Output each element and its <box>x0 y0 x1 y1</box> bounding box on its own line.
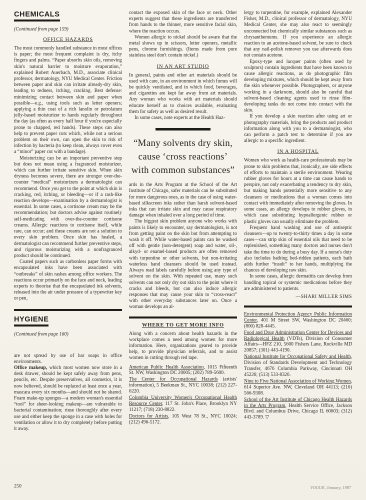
section-title-chemicals: CHEMICALS <box>14 11 60 22</box>
studio-text-mid: In general, paints and other art materia… <box>129 72 237 121</box>
organization-address: , 401 M Street SW, Washington DC 20460; … <box>244 317 352 328</box>
subhead-office-hazards: OFFICE HAZARDS <box>14 37 122 43</box>
paragraph: Epoxy-type and lacquer paints (often use… <box>244 59 352 114</box>
paragraph: The biggest skin problem anyone who work… <box>129 219 237 311</box>
pull-quote-rule <box>156 128 211 131</box>
page-number: 250 <box>14 484 22 490</box>
resource-entry: National Institute for Occupational Safe… <box>244 354 352 378</box>
organization-name: American Public Health Association <box>129 364 204 370</box>
magazine-page: CHEMICALS (Continued from page 159) OFFI… <box>0 0 366 500</box>
column-left: CHEMICALS (Continued from page 159) OFFI… <box>14 10 122 432</box>
paragraph: are not spread by use of bar soaps in of… <box>14 353 122 365</box>
resource-entry: Environmental Protection Agency Public I… <box>244 311 352 329</box>
paragraph: Moisturizing can be an important prevent… <box>14 155 122 259</box>
resource-entry: Nine to Five National Association of Wor… <box>244 378 352 396</box>
paragraph: Women who work as health-care profession… <box>244 158 352 225</box>
columns: CHEMICALS (Continued from page 159) OFFI… <box>14 10 352 432</box>
section-divider <box>244 305 352 307</box>
resource-entry: Columbia University Women's Occupational… <box>129 395 237 413</box>
paragraph: If you develop a skin reaction after usi… <box>244 114 352 145</box>
section-title-hygiene: HYGIENE <box>14 315 49 326</box>
paragraph: Women allergic to nickel should be aware… <box>129 34 237 58</box>
section-divider <box>129 316 237 318</box>
studio-text-bottom: ards in the Arts Program at the School o… <box>129 182 237 310</box>
resource-entry: Food and Drug Administration Center for … <box>244 330 352 354</box>
resource-entry: Doctors for Artists, 105 West 78 St., NY… <box>129 413 237 425</box>
more-info-entries: American Public Health Association, 1015… <box>129 364 237 425</box>
bold-lead: Office makeup, <box>14 365 47 371</box>
paragraph: lergy to turpentine, for example, explai… <box>244 10 352 59</box>
subhead-art-studio: IN AN ART STUDIO <box>129 64 237 70</box>
subhead-more-info: WHERE TO GET MORE INFO <box>129 322 237 328</box>
continued-note-hygiene: (Continued from page 160) <box>14 331 122 337</box>
spacer <box>14 342 122 353</box>
organization-name: The Center for Occupational Hazards <box>129 377 218 383</box>
paragraph: In some cases, note experts at the Healt… <box>129 115 237 121</box>
paragraph: Office makeup, which most women now stor… <box>14 365 122 432</box>
hospital-text-top: lergy to turpentine, for example, explai… <box>244 10 352 144</box>
subhead-hospital: IN A HOSPITAL <box>244 149 352 155</box>
column-right: lergy to turpentine, for example, explai… <box>244 10 352 432</box>
magazine-footer: VOGUE, January, 1987 <box>310 485 351 490</box>
continued-note-chemicals: (Continued from page 159) <box>14 27 122 33</box>
paragraph: ards in the Arts Program at the School o… <box>129 182 237 219</box>
hygiene-text: are not spread by use of bar soaps in of… <box>14 353 122 432</box>
more-info-intro: Along with a concern about health hazard… <box>129 331 237 362</box>
paragraph-rest: which most women now store in a desk dra… <box>14 365 122 432</box>
paragraph: Along with a concern about health hazard… <box>129 331 237 362</box>
paragraph: Coated papers such as carbonless paper f… <box>14 259 122 302</box>
column-middle: contact the exposed skin of the face or … <box>129 10 237 432</box>
pull-quote: “Many solvents dry skin, cause ‘cross re… <box>129 137 237 178</box>
hospital-text-bottom: Women who work as health-care profession… <box>244 158 352 292</box>
organization-name: National Institute for Occupational Safe… <box>244 354 351 360</box>
chemicals-text: The most commonly handled substance in m… <box>14 46 122 302</box>
byline: —SHARI MILLER SIMS <box>244 294 352 300</box>
paragraph: contact the exposed skin of the face or … <box>129 10 237 34</box>
paragraph: In some cases, allergic dermatitis can d… <box>244 274 352 292</box>
studio-text-top: contact the exposed skin of the face or … <box>129 10 237 59</box>
paragraph: In general, paints and other art materia… <box>129 72 237 115</box>
resource-entries: Environmental Protection Agency Public I… <box>244 311 352 420</box>
section-divider <box>14 309 122 311</box>
resource-entry: American Public Health Association, 1015… <box>129 364 237 376</box>
organization-name: Doctors for Artists <box>129 413 168 419</box>
paragraph: The most commonly handled substance in m… <box>14 46 122 156</box>
resource-entry: School of the Art Institute of Chicago H… <box>244 397 352 421</box>
paragraph: Frequent hand washing and use of antisep… <box>244 225 352 274</box>
resource-entry: The Center for Occupational Hazards (art… <box>129 377 237 395</box>
organization-name: Nine to Five National Association of Wor… <box>244 378 351 384</box>
